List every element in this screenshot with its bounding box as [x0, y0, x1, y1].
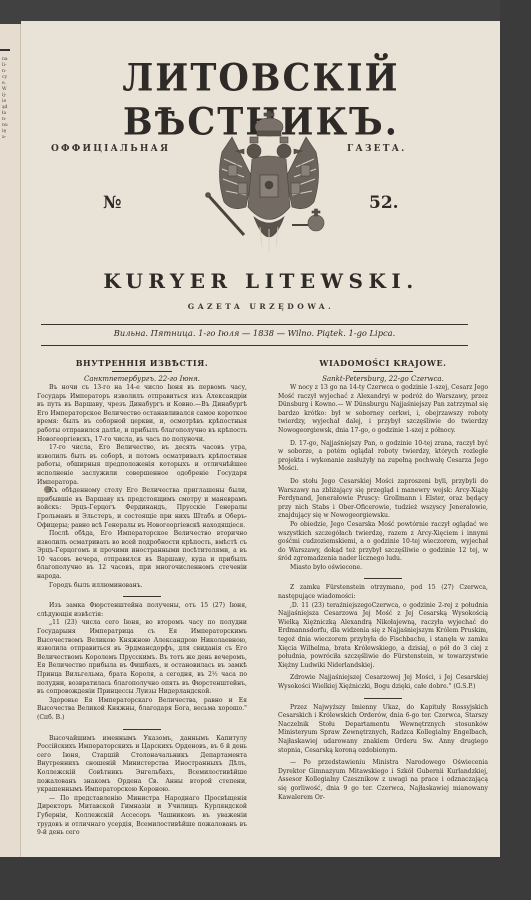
article-paragraph: Высочайшимъ именнымъ Указомъ, даннымъ Ка… [37, 735, 247, 795]
article-separator [364, 578, 402, 579]
adjacent-page-edge: na li- n- cy e, W ij- ie ąd ła n- nu ię … [0, 24, 21, 866]
adjacent-page-rule [0, 49, 10, 51]
adjacent-page-fragment: a- [2, 135, 6, 140]
article-paragraph: 17-го числа, Его Величество, въ десять ч… [37, 444, 247, 487]
article-separator [364, 698, 402, 699]
article-dateline: Санктпетербургъ. 22-го Iюня. [37, 375, 247, 383]
article-paragraph: — Po przedstawieniu Ministra Narodowego … [278, 759, 488, 802]
issue-number-value: 52. [369, 193, 399, 213]
masthead-subtitle-polish: GAZETA URZĘDOWA. [41, 302, 481, 311]
adjacent-page-fragment: nu [2, 123, 8, 128]
issue-number-label: № [103, 193, 121, 213]
article-paragraph: Do stołu Jego Cesarskiej Mości zaproszen… [278, 478, 488, 521]
article-paragraph: Przez Najwyższy Imienny Ukaz, do Kapituł… [278, 704, 488, 756]
article-paragraph: „11 (23) числа сего Iюня, во второмъ час… [37, 619, 247, 696]
article-paragraph: Въ ночи съ 13-го на 14-е число Iюня въ п… [37, 384, 247, 444]
article-paragraph: Послѣ обѣда, Его Императорское Величеств… [37, 530, 247, 582]
article-paragraph: — По представленiю Министра Народнаго Пр… [37, 795, 247, 838]
masthead-subtitle-gazette: ГАЗЕТА. [347, 144, 406, 154]
heading-rule [112, 371, 172, 372]
adjacent-page-fragment: W [2, 87, 7, 92]
masthead-subtitle-official: ОФФИЦIАЛЬНАЯ [51, 144, 170, 154]
heading-rule [353, 371, 413, 372]
adjacent-page-fragment: ij- [2, 93, 6, 98]
adjacent-page-fragment: cy [2, 75, 7, 80]
article-paragraph: Miasto było oświecone. [278, 564, 488, 573]
adjacent-page-fragment: n- [2, 69, 6, 74]
article-separator [123, 596, 161, 597]
adjacent-page-fragment: n- [2, 117, 6, 122]
double-headed-eagle-icon [202, 107, 336, 263]
article-separator [123, 729, 161, 730]
dateline-rule-top [41, 324, 468, 326]
masthead-title-polish: KURYER LITEWSKI. [41, 269, 481, 293]
adjacent-page-fragment: ię [2, 129, 6, 134]
article-paragraph: Zdrowie Najjaśniejszej Cesarzowej Jej Mo… [278, 674, 488, 691]
adjacent-page-fragment: ła [2, 111, 6, 116]
article-paragraph: Z zamku Fürstenstein otrzymano, pod 15 (… [278, 584, 488, 601]
adjacent-page-fragment: li- [2, 63, 6, 68]
article-paragraph: ,D. 11 (23) teraźniejszegoCzerwca, o god… [278, 602, 488, 671]
article-paragraph: Къ обѣденному столу Его Величества пригл… [37, 487, 247, 530]
article-paragraph: Изъ замка Фюрстенштейна получены, отъ 15… [37, 602, 247, 619]
column-polish: WIADOMOŚCI KRAJOWE. Sankt-Petersburg, 22… [278, 351, 488, 802]
column-russian: ВНУТРЕННIЯ ИЗВѢСТIЯ. Санктпетербургъ. 22… [37, 351, 247, 838]
issue-dateline: Вильна. Пятница. 1-го Iюля — 1838 — Wiln… [41, 328, 468, 338]
dateline-rule-bottom [41, 345, 468, 347]
article-paragraph: Здоровье Ея Императорскаго Величества, р… [37, 697, 247, 723]
section-heading-domestic-news-pl: WIADOMOŚCI KRAJOWE. [278, 358, 488, 368]
scanner-background-right [500, 0, 531, 900]
scanner-background-bottom [0, 857, 531, 900]
article-paragraph: Городъ былъ иллюминованъ. [37, 582, 247, 591]
article-paragraph: W nocy z 13 go na 14-ty Czerwca o godzin… [278, 384, 488, 436]
adjacent-page-fragment: ie [2, 99, 6, 104]
adjacent-page-fragment: e, [2, 81, 6, 86]
article-dateline: Sankt-Petersburg, 22-go Czerwca. [278, 375, 488, 383]
adjacent-page-fragment: ąd [2, 105, 8, 110]
section-heading-domestic-news-ru: ВНУТРЕННIЯ ИЗВѢСТIЯ. [37, 358, 247, 368]
article-paragraph: Po obiedzie, Jego Cesarska Mość powtórni… [278, 521, 488, 564]
adjacent-page-fragment: na [2, 57, 8, 62]
article-paragraph: D. 17-go, Najjaśniejszy Pan, o godzinie … [278, 440, 488, 474]
newspaper-page: ЛИТОВСКIЙ ВѢСТНИКЪ. ОФФИЦIАЛЬНАЯ ГАЗЕТА.… [21, 21, 500, 857]
